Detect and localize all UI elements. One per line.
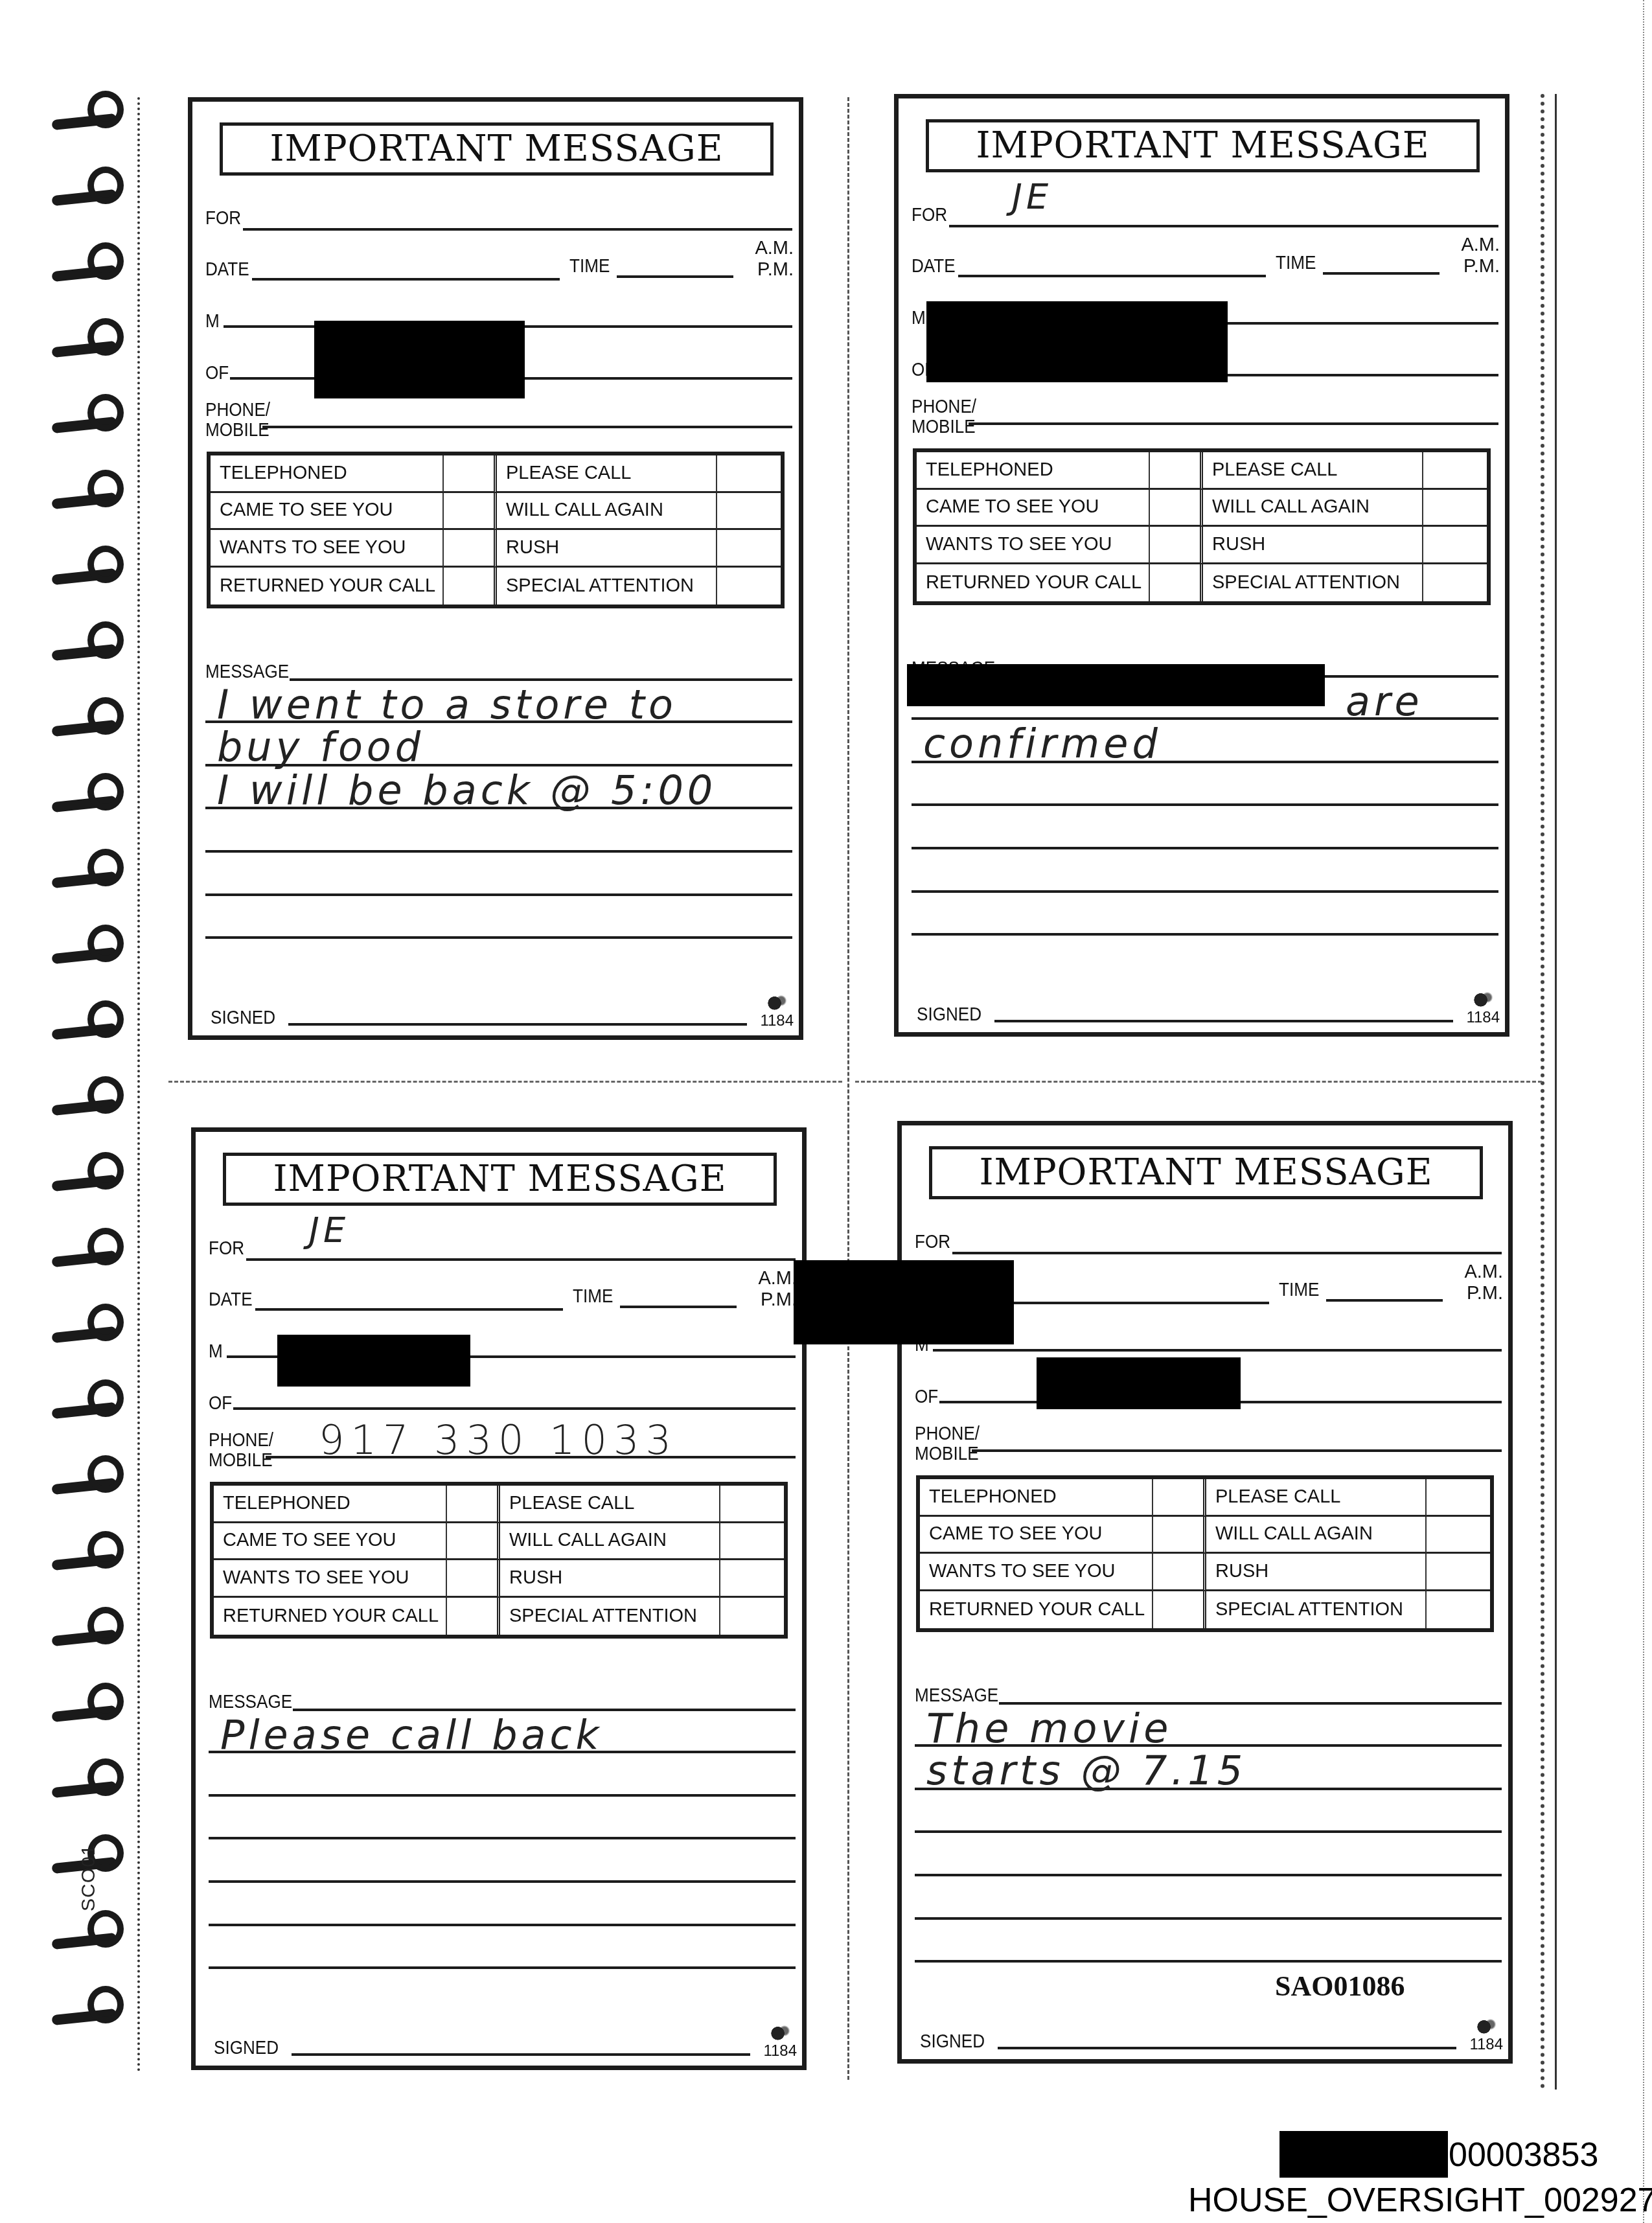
title-box: IMPORTANT MESSAGE: [220, 122, 774, 176]
checkbox-label: PLEASE CALL: [1206, 1479, 1427, 1517]
time-label: TIME: [1276, 254, 1316, 273]
for-line: [243, 228, 792, 231]
spiral-coil: [45, 470, 143, 515]
message-text-line: I went to a store to: [217, 685, 677, 725]
spiral-binding: [45, 91, 143, 2086]
spiral-coil: [45, 167, 143, 212]
checkbox-label: WANTS TO SEE YOU: [211, 530, 444, 568]
message-text-line: are: [1346, 682, 1423, 722]
message-line: [915, 1830, 1502, 1833]
bates-stamp: SAO01086: [1275, 1970, 1405, 2003]
message-line: [912, 933, 1498, 936]
checkbox-label: RETURNED YOUR CALL: [917, 564, 1150, 602]
redaction-block: [277, 1335, 470, 1387]
time-line: [1326, 1299, 1443, 1302]
time-line: [1323, 272, 1440, 275]
message-text-line: starts @ 7.15: [926, 1751, 1246, 1791]
checkbox[interactable]: [1423, 490, 1487, 527]
message-line: [209, 1794, 796, 1797]
message-line: [912, 847, 1498, 849]
checkbox-label: RUSH: [1206, 1554, 1427, 1591]
checkbox[interactable]: [720, 1560, 784, 1598]
spiral-coil: [45, 1910, 143, 1955]
phone-line: [262, 426, 792, 428]
checkbox-grid: TELEPHONEDPLEASE CALLCAME TO SEE YOUWILL…: [916, 1475, 1494, 1632]
time-label: TIME: [573, 1287, 613, 1306]
checkbox[interactable]: [1153, 1554, 1206, 1591]
mobile-label: MOBILE: [209, 1451, 273, 1470]
publisher-logo-icon: [1472, 991, 1494, 1008]
checkbox[interactable]: [717, 568, 781, 605]
checkbox[interactable]: [1427, 1554, 1490, 1591]
checkbox-label: TELEPHONED: [214, 1486, 447, 1523]
redaction-block: [1037, 1357, 1241, 1409]
spiral-coil: [45, 849, 143, 894]
publisher-logo-icon: [766, 994, 788, 1011]
checkbox-label: WILL CALL AGAIN: [500, 1523, 720, 1561]
am-label: A.M.: [758, 1268, 797, 1289]
checkbox-label: TELEPHONED: [211, 455, 444, 493]
message-line: [205, 893, 792, 896]
message-line: [912, 803, 1498, 806]
spiral-coil: [45, 242, 143, 288]
checkbox[interactable]: [1153, 1591, 1206, 1629]
redaction-block: [314, 321, 525, 398]
checkbox-label: WILL CALL AGAIN: [497, 493, 717, 531]
horizontal-perforation-left: [168, 1081, 842, 1083]
checkbox-label: RETURNED YOUR CALL: [214, 1598, 447, 1635]
checkbox[interactable]: [1427, 1591, 1490, 1629]
checkbox-label: WANTS TO SEE YOU: [917, 527, 1150, 564]
checkbox-grid: TELEPHONEDPLEASE CALLCAME TO SEE YOUWILL…: [207, 452, 785, 608]
message-line: [209, 1837, 796, 1839]
spiral-coil: [45, 1000, 143, 1046]
checkbox-label: CAME TO SEE YOU: [214, 1523, 447, 1561]
checkbox[interactable]: [1153, 1517, 1206, 1554]
checkbox[interactable]: [444, 455, 497, 493]
checkbox[interactable]: [1150, 564, 1203, 602]
message-line: [209, 1966, 796, 1969]
message-label: MESSAGE: [205, 663, 289, 682]
phone-line: [972, 1449, 1502, 1452]
perforation-right: [1541, 94, 1544, 2090]
am-pm-label: A.M.P.M.: [758, 1268, 797, 1311]
for-field[interactable]: JE: [309, 1213, 349, 1248]
message-line: [209, 1880, 796, 1883]
message-line: [209, 1924, 796, 1926]
message-line: [915, 1874, 1502, 1876]
checkbox-label: WILL CALL AGAIN: [1203, 490, 1423, 527]
spiral-coil: [45, 91, 143, 136]
spiral-coil: [45, 318, 143, 363]
title-box: IMPORTANT MESSAGE: [929, 1146, 1483, 1199]
date-label: DATE: [912, 257, 956, 276]
checkbox-label: RETURNED YOUR CALL: [211, 568, 444, 605]
time-label: TIME: [569, 257, 610, 276]
checkbox-label: TELEPHONED: [917, 452, 1150, 490]
form-title: IMPORTANT MESSAGE: [979, 1151, 1432, 1193]
document-id: HOUSE_OVERSIGHT_002927: [1188, 2183, 1652, 2217]
message-slip-top-right: IMPORTANT MESSAGEFORJEA.M.P.M.DATETIMEMO…: [894, 94, 1509, 1037]
spiral-coil: [45, 1531, 143, 1576]
checkbox[interactable]: [1150, 452, 1203, 490]
mobile-label: MOBILE: [915, 1445, 979, 1464]
pm-label: P.M.: [758, 1289, 797, 1311]
checkbox[interactable]: [720, 1523, 784, 1561]
message-text-line: The movie: [926, 1709, 1172, 1749]
checkbox-label: PLEASE CALL: [497, 455, 717, 493]
am-label: A.M.: [1461, 235, 1500, 256]
spine-label: SCO01: [78, 1845, 100, 1911]
message-label: MESSAGE: [209, 1693, 292, 1712]
form-title: IMPORTANT MESSAGE: [273, 1158, 726, 1200]
am-pm-label: A.M.P.M.: [1461, 235, 1500, 277]
publisher-logo-icon: [769, 2024, 791, 2041]
signed-line: [292, 2053, 750, 2056]
time-label: TIME: [1279, 1281, 1319, 1300]
checkbox[interactable]: [444, 493, 497, 531]
publisher-logo-icon: [1475, 2018, 1497, 2034]
checkbox-grid: TELEPHONEDPLEASE CALLCAME TO SEE YOUWILL…: [210, 1482, 788, 1639]
bates-number: 00003853: [1449, 2138, 1598, 2172]
checkbox-label: TELEPHONED: [920, 1479, 1153, 1517]
footer-redaction: [1279, 2131, 1448, 2178]
am-label: A.M.: [1464, 1261, 1503, 1283]
mobile-label: MOBILE: [205, 421, 270, 440]
message-line: [205, 850, 792, 853]
m-label: M: [912, 309, 926, 328]
date-line: [958, 275, 1266, 277]
perforation-left: [137, 97, 140, 2073]
pm-label: P.M.: [755, 259, 794, 281]
for-line: [246, 1258, 796, 1261]
of-label: OF: [205, 364, 229, 383]
spiral-coil: [45, 1986, 143, 2031]
m-label: M: [209, 1342, 223, 1361]
checkbox[interactable]: [447, 1486, 500, 1523]
for-label: FOR: [209, 1239, 244, 1258]
checkbox[interactable]: [717, 530, 781, 568]
spiral-coil: [45, 394, 143, 439]
date-label: DATE: [209, 1291, 253, 1309]
message-text-line: I will be back @ 5:00: [217, 770, 717, 811]
message-text-line: confirmed: [923, 724, 1162, 764]
phone-label: PHONE/: [915, 1425, 980, 1444]
spiral-coil: [45, 1152, 143, 1197]
message-line: [915, 1917, 1502, 1920]
form-number-text: 1184: [1466, 1009, 1500, 1026]
message-slip-bottom-left: IMPORTANT MESSAGEFORJEA.M.P.M.DATETIMEMO…: [191, 1127, 807, 2070]
spiral-coil: [45, 697, 143, 743]
checkbox[interactable]: [444, 530, 497, 568]
for-field[interactable]: JE: [1012, 179, 1052, 214]
checkbox-label: WANTS TO SEE YOU: [920, 1554, 1153, 1591]
checkbox[interactable]: [444, 568, 497, 605]
phone-line: [969, 422, 1498, 425]
am-label: A.M.: [755, 238, 794, 259]
checkbox-label: RETURNED YOUR CALL: [920, 1591, 1153, 1629]
for-label: FOR: [205, 209, 241, 228]
spiral-coil: [45, 773, 143, 818]
redaction-block: [926, 301, 1228, 382]
of-line: [233, 1407, 796, 1410]
form-number-text: 1184: [1469, 2036, 1503, 2053]
pm-label: P.M.: [1464, 1283, 1503, 1304]
spiral-coil: [45, 1758, 143, 1804]
of-label: OF: [209, 1394, 232, 1413]
checkbox-label: PLEASE CALL: [1203, 452, 1423, 490]
date-line: [255, 1308, 563, 1311]
phone-label: PHONE/: [912, 398, 976, 417]
am-pm-label: A.M.P.M.: [1464, 1261, 1503, 1304]
checkbox-label: RUSH: [500, 1560, 720, 1598]
signed-label: SIGNED: [211, 1009, 275, 1028]
for-label: FOR: [912, 206, 947, 225]
checkbox[interactable]: [720, 1486, 784, 1523]
checkbox-label: SPECIAL ATTENTION: [500, 1598, 720, 1635]
checkbox-label: SPECIAL ATTENTION: [1203, 564, 1423, 602]
checkbox-label: CAME TO SEE YOU: [211, 493, 444, 531]
message-label: MESSAGE: [915, 1687, 998, 1705]
time-line: [617, 275, 733, 278]
checkbox-label: WILL CALL AGAIN: [1206, 1517, 1427, 1554]
horizontal-perforation-right: [855, 1081, 1542, 1083]
checkbox[interactable]: [1423, 564, 1487, 602]
title-box: IMPORTANT MESSAGE: [926, 119, 1480, 172]
redaction-block: [794, 1260, 1014, 1344]
spiral-coil: [45, 1379, 143, 1425]
page-edge-right: [1643, 0, 1644, 2223]
checkbox-label: SPECIAL ATTENTION: [1206, 1591, 1427, 1629]
spiral-coil: [45, 1455, 143, 1501]
binding-edge-right: [1555, 94, 1557, 2090]
form-number-text: 1184: [760, 1012, 794, 1030]
phone-label: PHONE/: [205, 401, 270, 420]
checkbox[interactable]: [1427, 1517, 1490, 1554]
of-label: OF: [915, 1388, 938, 1407]
form-title: IMPORTANT MESSAGE: [976, 124, 1429, 167]
checkbox-label: CAME TO SEE YOU: [920, 1517, 1153, 1554]
signed-label: SIGNED: [917, 1006, 981, 1024]
message-text-line: Please call back: [220, 1715, 603, 1755]
message-line: [912, 890, 1498, 893]
spiral-coil: [45, 546, 143, 591]
checkbox[interactable]: [1423, 452, 1487, 490]
mobile-label: MOBILE: [912, 418, 976, 437]
signed-line: [288, 1023, 747, 1026]
message-slip-top-left: IMPORTANT MESSAGEFORA.M.P.M.DATETIMEMOFP…: [188, 97, 803, 1040]
phone-field[interactable]: 917 330 1033: [319, 1420, 678, 1460]
checkbox[interactable]: [1153, 1479, 1206, 1517]
checkbox[interactable]: [1150, 527, 1203, 564]
time-line: [620, 1306, 737, 1308]
date-label: DATE: [205, 260, 249, 279]
checkbox-grid: TELEPHONEDPLEASE CALLCAME TO SEE YOUWILL…: [913, 448, 1491, 605]
signed-label: SIGNED: [920, 2033, 985, 2051]
form-number: 1184: [1466, 991, 1500, 1027]
spiral-coil: [45, 1304, 143, 1349]
signed-line: [998, 2047, 1456, 2049]
spiral-coil: [45, 621, 143, 667]
checkbox[interactable]: [1150, 490, 1203, 527]
checkbox[interactable]: [447, 1523, 500, 1561]
form-title: IMPORTANT MESSAGE: [270, 128, 723, 170]
message-line: [205, 936, 792, 939]
spiral-coil: [45, 925, 143, 970]
spiral-coil: [45, 1076, 143, 1122]
phone-label: PHONE/: [209, 1431, 273, 1450]
spiral-coil: [45, 1228, 143, 1273]
signed-line: [994, 1020, 1453, 1022]
checkbox[interactable]: [1423, 527, 1487, 564]
am-pm-label: A.M.P.M.: [755, 238, 794, 281]
checkbox[interactable]: [717, 493, 781, 531]
form-number: 1184: [760, 994, 794, 1030]
redaction-block: [907, 664, 1325, 706]
title-box: IMPORTANT MESSAGE: [223, 1153, 777, 1206]
message-text-line: buy food: [217, 727, 424, 767]
m-line: [933, 1349, 1502, 1352]
m-label: M: [205, 312, 220, 331]
checkbox[interactable]: [717, 455, 781, 493]
form-number: 1184: [763, 2024, 797, 2060]
form-number-text: 1184: [763, 2042, 797, 2060]
message-line: [915, 1960, 1502, 1963]
signed-label: SIGNED: [214, 2039, 279, 2058]
date-line: [252, 278, 560, 281]
checkbox[interactable]: [447, 1560, 500, 1598]
center-perforation: [847, 97, 849, 2080]
checkbox-label: PLEASE CALL: [500, 1486, 720, 1523]
checkbox[interactable]: [1427, 1479, 1490, 1517]
spiral-coil: [45, 1607, 143, 1652]
checkbox-label: WANTS TO SEE YOU: [214, 1560, 447, 1598]
checkbox[interactable]: [447, 1598, 500, 1635]
pm-label: P.M.: [1461, 256, 1500, 277]
checkbox-label: CAME TO SEE YOU: [917, 490, 1150, 527]
checkbox-label: RUSH: [497, 530, 717, 568]
checkbox-label: RUSH: [1203, 527, 1423, 564]
checkbox[interactable]: [720, 1598, 784, 1635]
checkbox-label: SPECIAL ATTENTION: [497, 568, 717, 605]
spiral-coil: [45, 1683, 143, 1728]
for-label: FOR: [915, 1233, 950, 1252]
for-line: [949, 225, 1498, 227]
form-number: 1184: [1469, 2018, 1503, 2054]
for-line: [952, 1252, 1502, 1254]
